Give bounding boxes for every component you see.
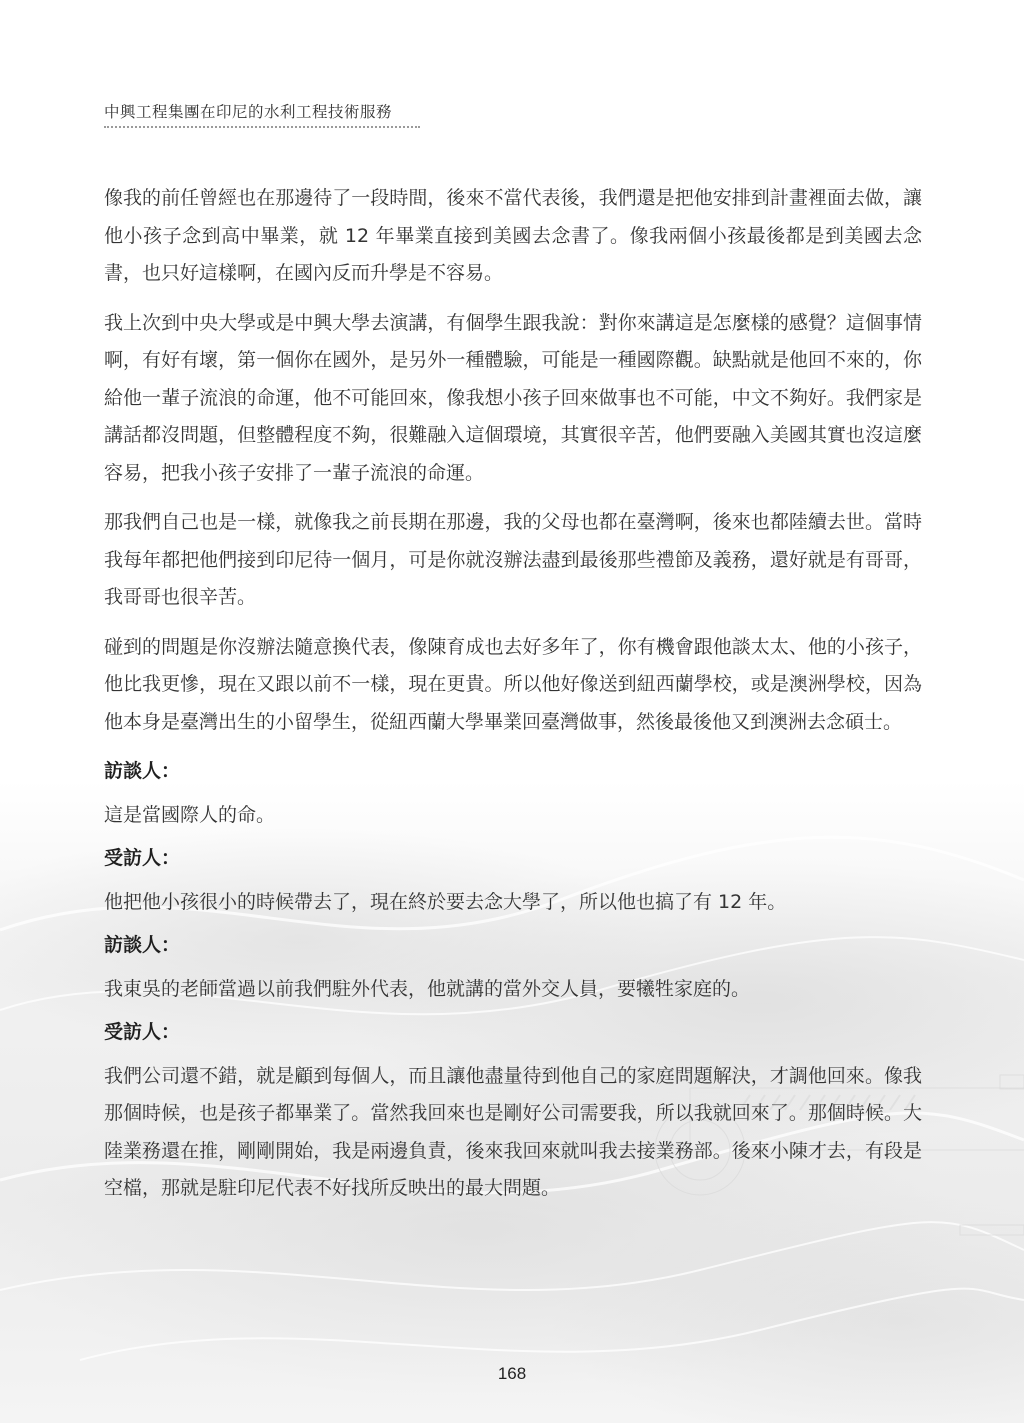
speaker-label-interviewer: 訪談人： [104,753,922,791]
paragraph: 像我的前任曾經也在那邊待了一段時間，後來不當代表後，我們還是把他安排到計畫裡面去… [104,180,922,293]
page-number: 168 [0,1364,1024,1384]
speaker-label-interviewee: 受訪人： [104,1014,922,1052]
dialogue-text: 他把他小孩很小的時候帶去了，現在終於要去念大學了，所以他也搞了有 12 年。 [104,884,922,922]
paragraph: 我上次到中央大學或是中興大學去演講，有個學生跟我說：對你來講這是怎麼樣的感覺？這… [104,305,922,493]
dialogue-text: 我們公司還不錯，就是顧到每個人，而且讓他盡量待到他自己的家庭問題解決，才調他回來… [104,1058,922,1208]
speaker-label-interviewer: 訪談人： [104,927,922,965]
body-text: 像我的前任曾經也在那邊待了一段時間，後來不當代表後，我們還是把他安排到計畫裡面去… [104,180,922,1214]
dialogue-text: 這是當國際人的命。 [104,797,922,835]
paragraph: 碰到的問題是你沒辦法隨意換代表，像陳育成也去好多年了，你有機會跟他談太太、他的小… [104,629,922,742]
speaker-label-interviewee: 受訪人： [104,840,922,878]
dialogue-text: 我東吳的老師當過以前我們駐外代表，他就講的當外交人員，要犧牲家庭的。 [104,971,922,1009]
paragraph: 那我們自己也是一樣，就像我之前長期在那邊，我的父母也都在臺灣啊，後來也都陸續去世… [104,504,922,617]
running-header-title: 中興工程集團在印尼的水利工程技術服務 [104,100,392,122]
header-dotted-rule [104,126,420,128]
